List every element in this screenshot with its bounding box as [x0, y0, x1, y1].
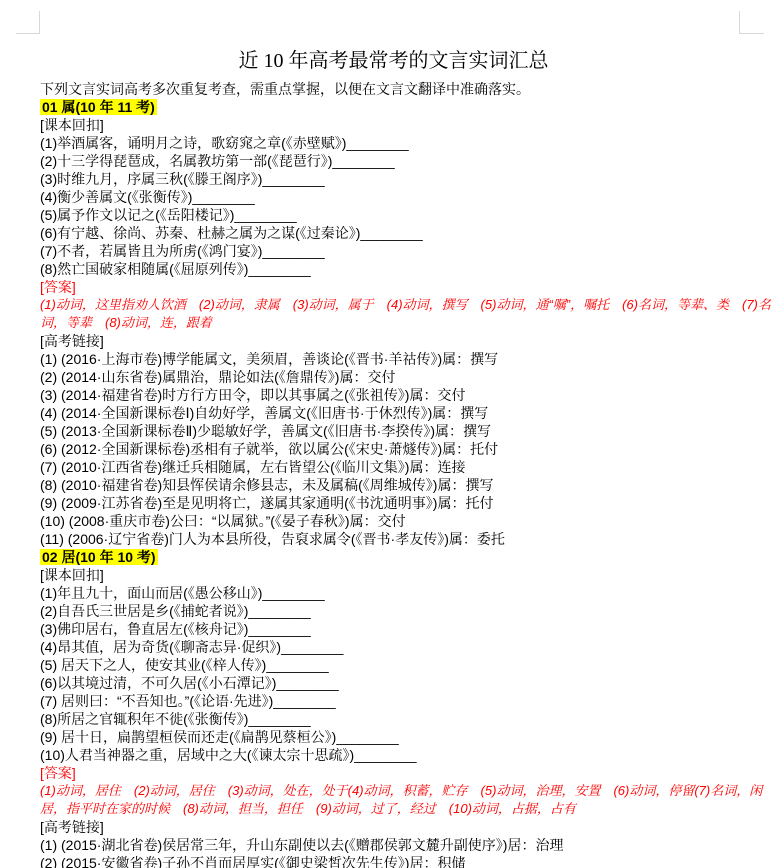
textbook-item: (5) 居天下之人，使安其业(《梓人传》)________	[40, 656, 747, 674]
intro-text: 下列文言实词高考多次重复考查，需重点掌握，以便在文言文翻译中准确落实。	[40, 80, 747, 98]
exam-link-item: (2) (2015·安徽省卷)子孙不肖而居厚实(《御史梁皙次先生传》)居：积储	[40, 854, 747, 868]
textbook-item: (1)举酒属客，诵明月之诗，歌窈窕之章(《赤壁赋》)________	[40, 134, 747, 152]
textbook-item: (8)所居之官辄积年不徙(《张衡传》)________	[40, 710, 747, 728]
textbook-item: (4)昂其值，居为奇货(《聊斋志异·促织》)________	[40, 638, 747, 656]
document-page: 近 10 年高考最常考的文言实词汇总 下列文言实词高考多次重复考查，需重点掌握，…	[0, 0, 784, 868]
section-01-header-row: 01 属(10 年 11 考)	[40, 98, 747, 116]
textbook-item: (3)佛印居右，鲁直居左(《核舟记》)________	[40, 620, 747, 638]
exam-link-item: (6) (2012·全国新课标卷)丞相有子就举，欲以属公(《宋史·萧燧传》)属：…	[40, 440, 747, 458]
textbook-item: (7)不者，若属皆且为所虏(《鸿门宴》)________	[40, 242, 747, 260]
section-01-answer-text: (1)动词，这里指劝人饮酒 (2)动词，隶属 (3)动词，属于 (4)动词，撰写…	[40, 296, 774, 332]
exam-link-item: (11) (2006·辽宁省卷)门人为本县所役，告裒求属令(《晋书·孝友传》)属…	[40, 530, 747, 548]
section-02-header: 02 居(10 年 10 考)	[40, 549, 158, 565]
textbook-item: (10)人君当神器之重，居域中之大(《谏太宗十思疏》)________	[40, 746, 747, 764]
page-corner-mark-top-left	[16, 11, 40, 34]
page-title: 近 10 年高考最常考的文言实词汇总	[40, 46, 747, 80]
page-corner-mark-top-right	[739, 11, 764, 34]
textbook-item: (8)然亡国破家相随属(《屈原列传》)________	[40, 260, 747, 278]
textbook-item: (3)时维九月，序属三秋(《滕王阁序》)________	[40, 170, 747, 188]
exam-link-item: (1) (2015·湖北省卷)侯居常三年，升山东副使以去(《赠郡侯郭文麓升副使序…	[40, 836, 747, 854]
section-02-header-row: 02 居(10 年 10 考)	[40, 548, 747, 566]
exam-link-item: (1) (2016·上海市卷)博学能属文，美须眉，善谈论(《晋书·羊祜传》)属：…	[40, 350, 747, 368]
section-01-textbook-label: [课本回扣]	[40, 116, 747, 134]
textbook-item: (2)十三学得琵琶成，名属教坊第一部(《琵琶行》)________	[40, 152, 747, 170]
textbook-item: (7) 居则曰：“不吾知也。”(《论语·先进》)________	[40, 692, 747, 710]
section-01-answer-label: [答案]	[40, 278, 747, 296]
textbook-item: (6)以其境过清，不可久居(《小石潭记》)________	[40, 674, 747, 692]
exam-link-item: (5) (2013·全国新课标卷Ⅱ)少聪敏好学，善属文(《旧唐书·李揆传》)属：…	[40, 422, 747, 440]
exam-link-item: (2) (2014·山东省卷)属鼎治，鼎论如法(《詹鼎传》)属：交付	[40, 368, 747, 386]
textbook-item: (2)自吾氏三世居是乡(《捕蛇者说》)________	[40, 602, 747, 620]
section-02-textbook-label: [课本回扣]	[40, 566, 747, 584]
exam-link-item: (9) (2009·江苏省卷)至是见明将亡，遂属其家通明(《书沈通明事》)属：托…	[40, 494, 747, 512]
section-02-answer-text: (1)动词，居住 (2)动词，居住 (3)动词，处在，处于(4)动词，积蓄，贮存…	[40, 782, 774, 818]
textbook-item: (4)衡少善属文(《张衡传》)________	[40, 188, 747, 206]
textbook-item: (6)有宁越、徐尚、苏秦、杜赫之属为之谋(《过秦论》)________	[40, 224, 747, 242]
exam-link-item: (4) (2014·全国新课标卷Ⅰ)自幼好学，善属文(《旧唐书·于休烈传》)属：…	[40, 404, 747, 422]
exam-link-item: (7) (2010·江西省卷)继迁兵相随属，左右皆望公(《临川文集》)属：连接	[40, 458, 747, 476]
document-content: 近 10 年高考最常考的文言实词汇总 下列文言实词高考多次重复考查，需重点掌握，…	[40, 46, 747, 868]
textbook-item: (1)年且九十，面山而居(《愚公移山》)________	[40, 584, 747, 602]
textbook-item: (9) 居十日，扁鹊望桓侯而还走(《扁鹊见蔡桓公》)________	[40, 728, 747, 746]
section-01-examlink-label: [高考链接]	[40, 332, 747, 350]
textbook-item: (5)属予作文以记之(《岳阳楼记》)________	[40, 206, 747, 224]
section-02-answer-label: [答案]	[40, 764, 747, 782]
section-01-header: 01 属(10 年 11 考)	[40, 99, 157, 115]
exam-link-item: (10) (2008·重庆市卷)公曰：“以属狱。”(《晏子春秋》)属：交付	[40, 512, 747, 530]
exam-link-item: (3) (2014·福建省卷)时方行方田令，即以其事属之(《张祖传》)属：交付	[40, 386, 747, 404]
section-02-examlink-label: [高考链接]	[40, 818, 747, 836]
exam-link-item: (8) (2010·福建省卷)知县恽侯请余修县志，未及属稿(《周维城传》)属：撰…	[40, 476, 747, 494]
